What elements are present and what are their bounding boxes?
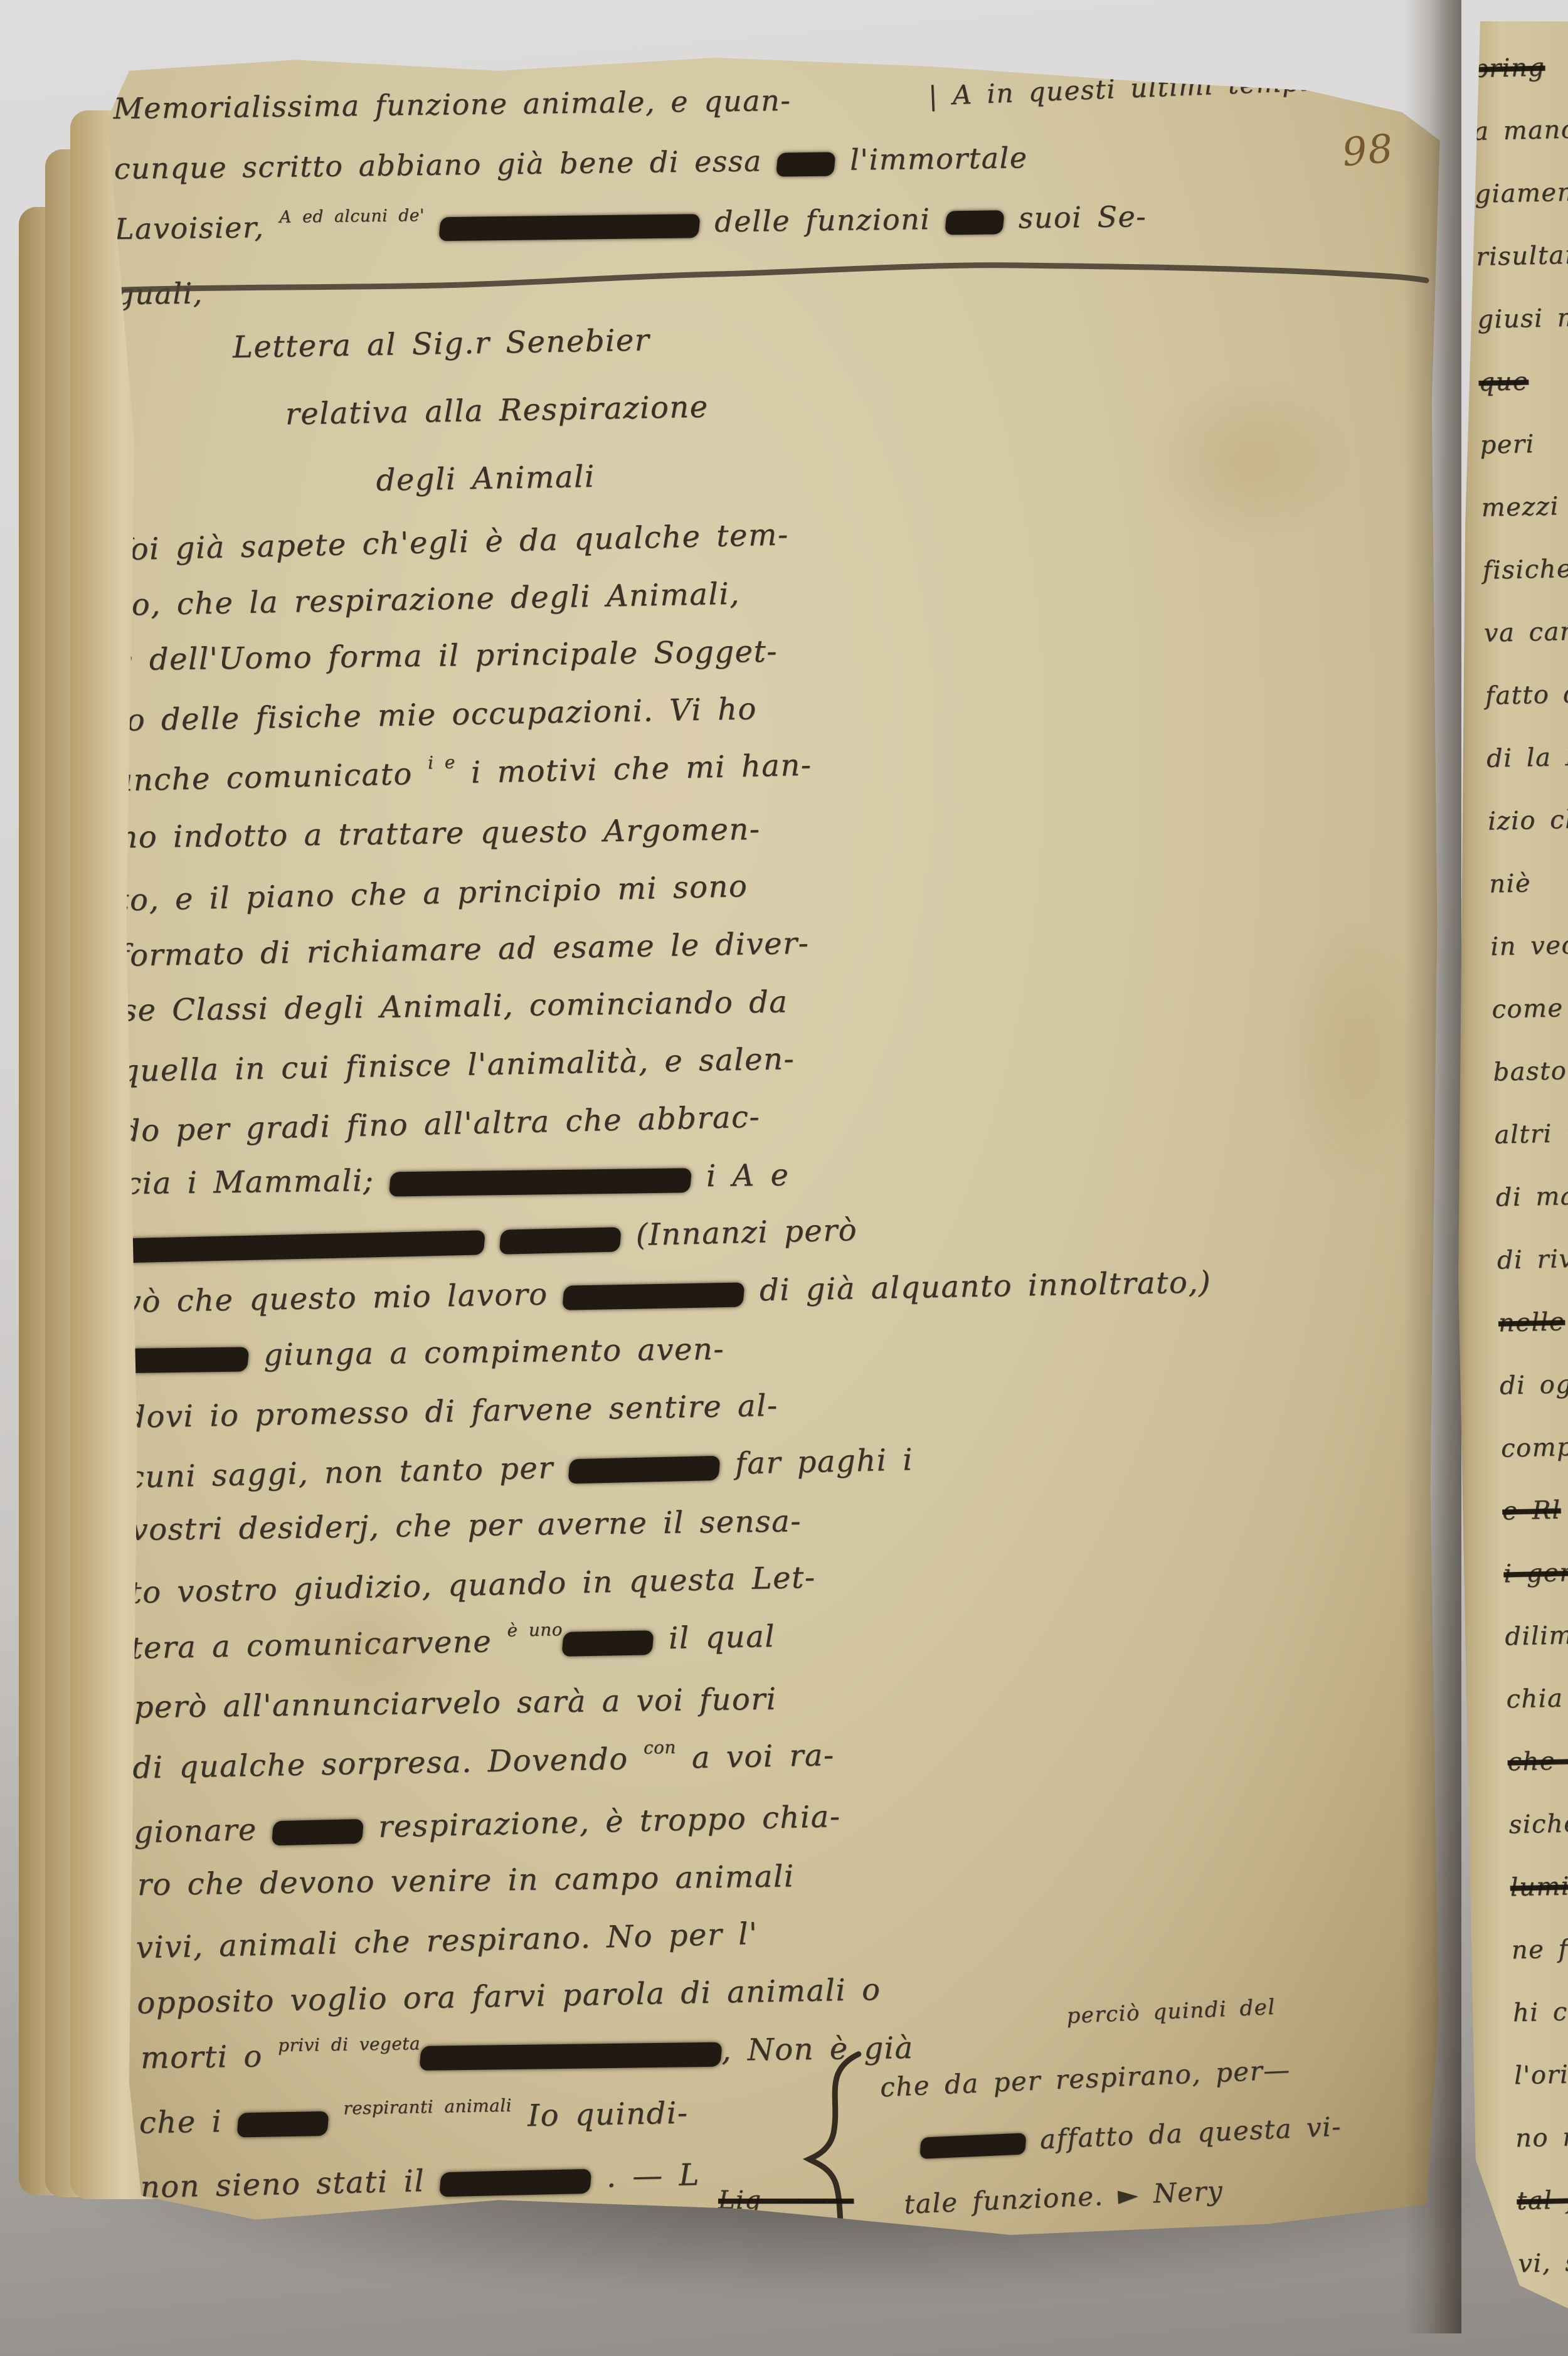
- facing-page-edge: pringa manogiamenterisultangiusi mutquep…: [1453, 21, 1568, 2308]
- text-segment: degli Animali: [376, 459, 595, 498]
- facing-page-text-fragment: e Rl: [1502, 1477, 1568, 1542]
- text-segment: se Classi degli Animali, cominciando da: [121, 984, 788, 1028]
- facing-page-text-fragment: vi, se a: [1517, 2230, 1568, 2295]
- facing-page-text-fragment: compinn: [1500, 1414, 1568, 1480]
- text-segment: (Innanzi però: [620, 1212, 857, 1253]
- text-segment: tera a comunicarvene: [130, 1624, 507, 1666]
- text-segment: anche comunicato: [114, 756, 428, 798]
- insertion-text: privi di vegeta: [278, 2034, 420, 2056]
- ink-blot: ———: [236, 2111, 329, 2138]
- text-segment: vò che questo mio lavoro: [124, 1276, 563, 1320]
- insertion-text: A ed alcuni de': [279, 206, 425, 227]
- ink-blot: ——: [776, 152, 835, 177]
- text-segment: vivi, animali che respirano. No per l': [135, 1916, 758, 1965]
- text-segment: to delle fisiche mie occupazioni. Vi ho: [113, 691, 757, 738]
- ink-blot: ——————————: [419, 2042, 723, 2071]
- text-segment: Memorialissima funzione animale, e quan-: [113, 83, 791, 125]
- paper-stain: [1286, 919, 1424, 1189]
- text-segment: respirazione, è troppo chia-: [363, 1799, 841, 1845]
- facing-page-text-fragment: i generi: [1503, 1540, 1568, 1605]
- text-segment: relativa alla Respirazione: [285, 390, 709, 432]
- ink-blot: —————: [568, 1456, 721, 1484]
- text-segment: [425, 208, 440, 242]
- facing-page-text-fragment: dilima: [1504, 1603, 1568, 1668]
- facing-page-text-fragment: lumi: [1510, 1854, 1568, 1919]
- text-segment: cunque scritto abbiano già bene di essa: [114, 144, 777, 186]
- text-segment: do per gradi fino all'altra che abbrac-: [120, 1099, 760, 1149]
- photo-background: Memorialissima funzione animale, e quan-…: [0, 0, 1568, 2356]
- insertion-text: i e: [428, 752, 455, 773]
- facing-page-text-fragment: di la Ra: [1486, 724, 1568, 790]
- facing-page-text-fragment: chia: [1505, 1665, 1568, 1731]
- ink-blot: ————: [919, 2133, 1026, 2159]
- facing-page-text-fragment: fisiche r: [1482, 536, 1568, 602]
- facing-page-text-fragment: que: [1478, 348, 1568, 413]
- insertion-text: con: [644, 1737, 676, 1758]
- facing-page-text-fragment: hi che: [1512, 1979, 1568, 2044]
- text-segment: formato di richiamare ad esame le diver-: [117, 926, 809, 974]
- text-segment: quella in cui finisce l'animalità, e sal…: [120, 1041, 795, 1089]
- text-segment: [484, 1221, 500, 1256]
- text-segment: to vostro giudizio, quando in questa Let…: [129, 1560, 816, 1611]
- text-segment: di già alquanto innoltrato,): [744, 1265, 1212, 1308]
- annotation-lines: che da per respirano, per————— affatto d…: [879, 2038, 1345, 2235]
- book-gutter-shadow: [1404, 0, 1461, 2333]
- text-segment: po, che la respirazione degli Animali,: [111, 576, 740, 623]
- ink-blot: ——: [945, 210, 1004, 235]
- facing-page-text-fragment: basto: [1493, 1038, 1568, 1103]
- facing-page-text-fragment: altri non: [1494, 1101, 1568, 1166]
- facing-page-text-fragment: pring: [1471, 35, 1568, 100]
- text-segment: to, e il piano che a principio mi sono: [117, 869, 748, 918]
- text-segment: delle funzioni: [699, 202, 946, 239]
- ink-blot: ——————: [563, 1282, 745, 1310]
- text-segment: che i: [139, 2104, 238, 2141]
- facing-page-text-fragment: in vece: [1490, 913, 1568, 978]
- text-segment: Voi già sapete ch'egli è da qualche tem-: [110, 517, 789, 568]
- text-segment: non sieno stati il: [140, 2163, 440, 2205]
- text-segment: e dell'Uomo forma il principale Sogget-: [115, 634, 778, 678]
- ink-blot: —————————: [438, 214, 700, 241]
- ink-blot: —————: [440, 2169, 592, 2197]
- ink-blot: ——————————: [388, 1168, 692, 1197]
- text-segment: cuni saggi, non tanto per: [127, 1450, 569, 1495]
- text-segment: far paghi i: [719, 1442, 914, 1482]
- facing-page-text-fragment: nelle: [1498, 1289, 1568, 1354]
- facing-page-text-fragment: siche: [1508, 1791, 1568, 1856]
- facing-page-text-fragment: l'origi: [1513, 2042, 1568, 2107]
- text-segment: i motivi che mi han-: [455, 747, 813, 790]
- facing-page-text-fragment: che la: [1507, 1728, 1568, 1793]
- text-segment: però all'annunciarvelo sarà a voi fuori: [134, 1682, 776, 1725]
- ink-blot: ————————————: [122, 1230, 485, 1263]
- text-segment: no indotto a trattare questo Argomen-: [118, 812, 761, 855]
- insertion-text: è uno: [507, 1619, 563, 1641]
- facing-page-text-fragment: risultan: [1475, 223, 1568, 289]
- text-segment: [327, 2102, 344, 2137]
- facing-page-text-fragment: a mano: [1473, 98, 1568, 163]
- text-segment: Io quindi-: [512, 2096, 689, 2134]
- facing-page-text-fragment: peri: [1480, 411, 1568, 476]
- facing-page-text-fragment: va carri: [1483, 599, 1568, 664]
- facing-page-text-fragment: mezzi ef: [1481, 474, 1568, 539]
- text-segment: opposito voglio ora farvi parola di anim…: [137, 1972, 881, 2021]
- letter-body: Voi già sapete ch'egli è da qualche tem-…: [110, 499, 1228, 2214]
- facing-page-text-fragment: di ma: [1495, 1164, 1568, 1229]
- text-segment: Lavoisier,: [115, 210, 280, 246]
- facing-page-text-fragment: niè: [1488, 850, 1568, 915]
- text-segment: di qualche sorpresa. Dovendo: [132, 1741, 644, 1786]
- manuscript-line: Lettera al Sig.r Senebier: [232, 305, 708, 381]
- ink-blot: ———: [272, 1819, 364, 1846]
- manuscript-line: degli Animali: [376, 441, 711, 514]
- text-segment: ro che devono venire in campo animali: [137, 1859, 795, 1902]
- ink-blot: ————: [127, 1347, 250, 1373]
- text-segment: che da per respirano, per—: [879, 2054, 1291, 2103]
- text-segment: i A e: [691, 1157, 790, 1194]
- ink-blot: ———: [562, 1630, 654, 1657]
- text-segment: cia i Mammali;: [124, 1163, 389, 1202]
- facing-page-text-fragment: izio che: [1487, 787, 1568, 852]
- letter-heading: Lettera al Sig.r Senebierrelativa alla R…: [119, 305, 710, 519]
- text-segment: dovi io promesso di farvene sentire al-: [126, 1388, 778, 1435]
- text-segment: gionare: [134, 1812, 273, 1850]
- insertion-text: respiranti animali: [343, 2095, 512, 2119]
- text-segment: l'immortale: [835, 141, 1028, 177]
- text-segment: giunga a compimento aven-: [248, 1332, 724, 1373]
- facing-page-text-fragment: no r: [1515, 2104, 1568, 2170]
- facing-page-text-fragment: di rivol: [1496, 1226, 1568, 1292]
- ink-blot: ————: [499, 1227, 621, 1255]
- text-segment: suoi Se-: [1003, 199, 1147, 235]
- facing-page-fragments: pringa manogiamenterisultangiusi mutquep…: [1471, 35, 1568, 2296]
- facing-page-text-fragment: giamente: [1474, 161, 1568, 226]
- manuscript-line: relativa alla Respirazione: [285, 373, 709, 448]
- divider-rule: [102, 255, 1431, 299]
- text-segment: a voi ra-: [676, 1738, 835, 1776]
- text-segment: il qual: [653, 1619, 776, 1657]
- manuscript-line: Lavoisier, A ed alcuni de' ————————— del…: [114, 186, 1147, 264]
- text-segment: . — L: [590, 2157, 700, 2195]
- text-segment: vostri desiderj, che per averne il sensa…: [130, 1504, 802, 1547]
- facing-page-text-fragment: come f: [1491, 975, 1568, 1041]
- page-number: 98: [1340, 125, 1396, 176]
- facing-page-text-fragment: tal fis: [1516, 2167, 1568, 2232]
- facing-page-text-fragment: di oggi: [1499, 1352, 1568, 1417]
- text-segment: affatto da questa vi-: [1025, 2111, 1342, 2155]
- text-segment: morti o: [140, 2039, 278, 2076]
- facing-page-text-fragment: fatto da: [1485, 662, 1568, 727]
- text-segment: tale funzione. ► Nery: [903, 2175, 1224, 2220]
- text-segment: Lettera al Sig.r Senebier: [232, 322, 650, 365]
- facing-page-text-fragment: giusi mut: [1476, 285, 1568, 351]
- manuscript-page: Memorialissima funzione animale, e quan-…: [94, 53, 1443, 2235]
- facing-page-text-fragment: ne forni: [1511, 1916, 1568, 1982]
